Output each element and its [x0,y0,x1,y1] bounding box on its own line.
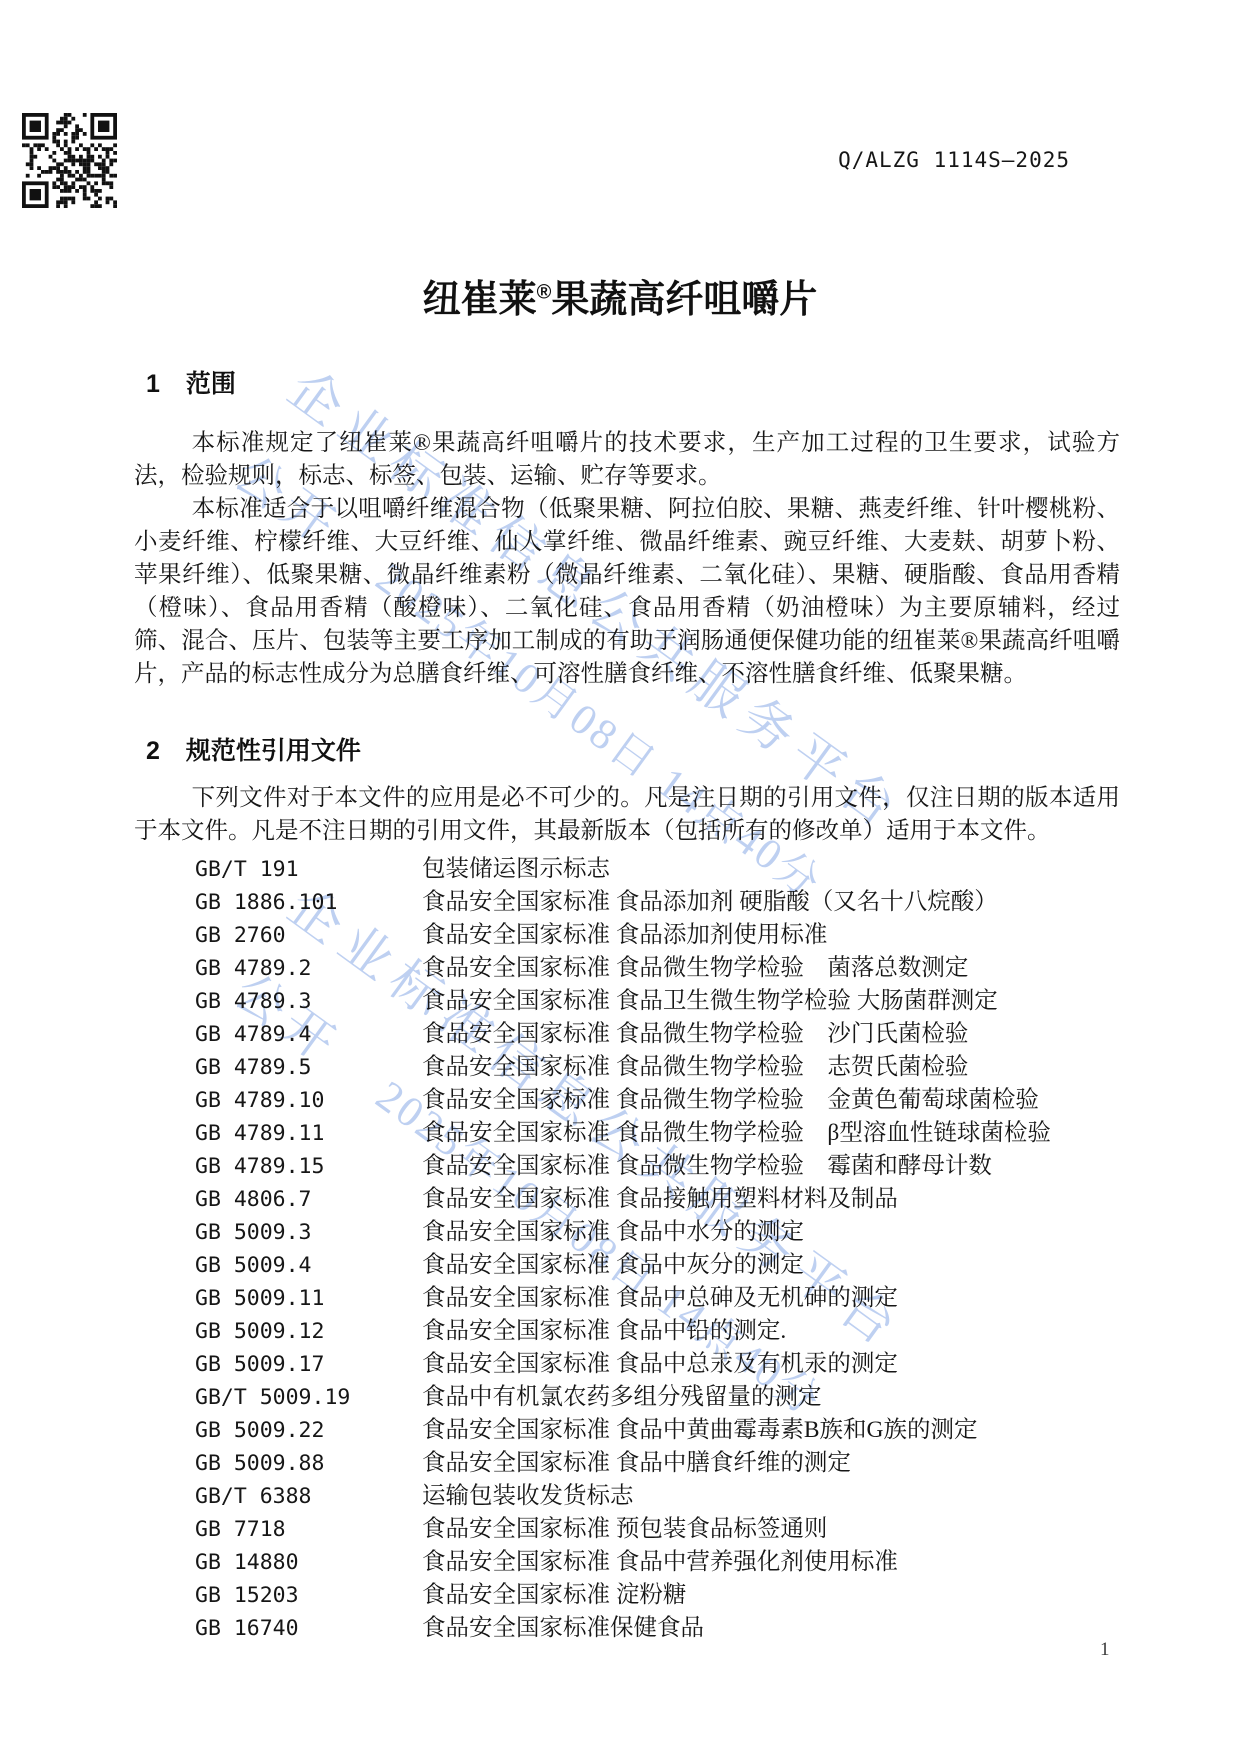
ref-title: 食品安全国家标准 食品中营养强化剂使用标准 [422,1542,1145,1576]
ref-title: 食品安全国家标准 食品中总汞及有机汞的测定 [422,1344,1145,1378]
section-number: 1 [146,370,160,399]
ref-code: GB 5009.12 [195,1319,422,1344]
table-row: GB 4789.11 食品安全国家标准 食品微生物学检验 β型溶血性链球菌检验 [195,1113,1145,1146]
ref-title: 食品安全国家标准 食品中黄曲霉毒素B族和G族的测定 [422,1410,1145,1444]
references-list: GB/T 191 包装储运图示标志 GB 1886.101 食品安全国家标准 食… [195,849,1145,1641]
table-row: GB 1886.101 食品安全国家标准 食品添加剂 硬脂酸（又名十八烷酸） [195,882,1145,915]
document-page: 企业标准信息公共服务平台 公开 2025年10月08日 14点40分 企业标准信… [0,0,1240,1753]
table-row: GB 5009.17 食品安全国家标准 食品中总汞及有机汞的测定 [195,1344,1145,1377]
table-row: GB 7718 食品安全国家标准 预包装食品标签通则 [195,1509,1145,1542]
section-2-heading: 2 规范性引用文件 [146,731,361,767]
table-row: GB 4789.15 食品安全国家标准 食品微生物学检验 霉菌和酵母计数 [195,1146,1145,1179]
table-row: GB 4789.3 食品安全国家标准 食品卫生微生物学检验 大肠菌群测定 [195,981,1145,1014]
ref-code: GB 7718 [195,1517,422,1542]
ref-title: 食品安全国家标准 食品中水分的测定 [422,1212,1145,1246]
doc-code: Q/ALZG 1114S—2025 [838,148,1070,172]
ref-title: 食品安全国家标准 食品微生物学检验 沙门氏菌检验 [422,1014,1145,1048]
ref-code: GB 5009.3 [195,1220,422,1245]
qr-code [22,113,117,208]
ref-code: GB 4789.4 [195,1022,422,1047]
section-1-heading: 1 范围 [146,364,236,400]
ref-code: GB 4806.7 [195,1187,422,1212]
table-row: GB 5009.22 食品安全国家标准 食品中黄曲霉毒素B族和G族的测定 [195,1410,1145,1443]
table-row: GB 5009.3 食品安全国家标准 食品中水分的测定 [195,1212,1145,1245]
section-number: 2 [146,737,160,766]
ref-code: GB 4789.11 [195,1121,422,1146]
ref-code: GB 16740 [195,1616,422,1641]
paragraph: 本标准规定了纽崔莱®果蔬高纤咀嚼片的技术要求，生产加工过程的卫生要求，试验方法，… [134,427,1120,493]
ref-code: GB/T 191 [195,857,422,882]
table-row: GB/T 6388 运输包装收发货标志 [195,1476,1145,1509]
table-row: GB 4806.7 食品安全国家标准 食品接触用塑料材料及制品 [195,1179,1145,1212]
table-row: GB 4789.5 食品安全国家标准 食品微生物学检验 志贺氏菌检验 [195,1047,1145,1080]
table-row: GB 5009.11 食品安全国家标准 食品中总砷及无机砷的测定 [195,1278,1145,1311]
table-row: GB/T 5009.19 食品中有机氯农药多组分残留量的测定 [195,1377,1145,1410]
ref-title: 食品安全国家标准 食品中灰分的测定 [422,1245,1145,1279]
ref-title: 运输包装收发货标志 [422,1476,1145,1510]
ref-title: 食品安全国家标准保健食品 [422,1608,1145,1642]
table-row: GB 2760 食品安全国家标准 食品添加剂使用标准 [195,915,1145,948]
ref-code: GB 5009.4 [195,1253,422,1278]
ref-code: GB 5009.22 [195,1418,422,1443]
table-row: GB 5009.88 食品安全国家标准 食品中膳食纤维的测定 [195,1443,1145,1476]
ref-code: GB 5009.88 [195,1451,422,1476]
ref-title: 食品安全国家标准 食品微生物学检验 菌落总数测定 [422,948,1145,982]
ref-title: 食品安全国家标准 食品微生物学检验 金黄色葡萄球菌检验 [422,1080,1145,1114]
ref-title: 食品中有机氯农药多组分残留量的测定 [422,1377,1145,1411]
paragraph: 本标准适合于以咀嚼纤维混合物（低聚果糖、阿拉伯胶、果糖、燕麦纤维、针叶樱桃粉、小… [134,493,1120,691]
ref-title: 食品安全国家标准 食品卫生微生物学检验 大肠菌群测定 [422,981,1145,1015]
table-row: GB 16740 食品安全国家标准保健食品 [195,1608,1145,1641]
ref-code: GB 4789.2 [195,956,422,981]
ref-title: 包装储运图示标志 [422,849,1145,883]
page-number: 1 [1100,1639,1110,1661]
paragraph: 下列文件对于本文件的应用是必不可少的。凡是注日期的引用文件，仅注日期的版本适用于… [134,782,1120,848]
ref-code: GB 4789.3 [195,989,422,1014]
ref-title: 食品安全国家标准 食品中总砷及无机砷的测定 [422,1278,1145,1312]
ref-code: GB 4789.10 [195,1088,422,1113]
ref-title: 食品安全国家标准 食品中膳食纤维的测定 [422,1443,1145,1477]
ref-title: 食品安全国家标准 食品微生物学检验 志贺氏菌检验 [422,1047,1145,1081]
registered-trademark-symbol: ® [537,281,552,303]
ref-title: 食品安全国家标准 食品添加剂 硬脂酸（又名十八烷酸） [422,882,1145,916]
table-row: GB 4789.4 食品安全国家标准 食品微生物学检验 沙门氏菌检验 [195,1014,1145,1047]
table-row: GB 4789.10 食品安全国家标准 食品微生物学检验 金黄色葡萄球菌检验 [195,1080,1145,1113]
section-title: 范围 [186,364,236,400]
title-brand: 纽崔莱 [423,279,537,321]
table-row: GB 14880 食品安全国家标准 食品中营养强化剂使用标准 [195,1542,1145,1575]
ref-code: GB 5009.11 [195,1286,422,1311]
ref-code: GB 14880 [195,1550,422,1575]
ref-code: GB 2760 [195,923,422,948]
ref-code: GB 4789.15 [195,1154,422,1179]
ref-title: 食品安全国家标准 食品添加剂使用标准 [422,915,1145,949]
ref-code: GB 1886.101 [195,890,422,915]
table-row: GB 5009.12 食品安全国家标准 食品中铅的测定. [195,1311,1145,1344]
table-row: GB 5009.4 食品安全国家标准 食品中灰分的测定 [195,1245,1145,1278]
section-2-body: 下列文件对于本文件的应用是必不可少的。凡是注日期的引用文件，仅注日期的版本适用于… [134,782,1120,848]
ref-code: GB 15203 [195,1583,422,1608]
section-title: 规范性引用文件 [186,731,361,767]
ref-title: 食品安全国家标准 食品接触用塑料材料及制品 [422,1179,1145,1213]
ref-code: GB/T 6388 [195,1484,422,1509]
ref-code: GB 4789.5 [195,1055,422,1080]
ref-title: 食品安全国家标准 预包装食品标签通则 [422,1509,1145,1543]
ref-title: 食品安全国家标准 食品微生物学检验 霉菌和酵母计数 [422,1146,1145,1180]
ref-code: GB/T 5009.19 [195,1385,422,1410]
title-product: 果蔬高纤咀嚼片 [551,279,817,321]
ref-title: 食品安全国家标准 食品微生物学检验 β型溶血性链球菌检验 [422,1113,1145,1147]
table-row: GB 4789.2 食品安全国家标准 食品微生物学检验 菌落总数测定 [195,948,1145,981]
table-row: GB 15203 食品安全国家标准 淀粉糖 [195,1575,1145,1608]
section-1-body: 本标准规定了纽崔莱®果蔬高纤咀嚼片的技术要求，生产加工过程的卫生要求，试验方法，… [134,427,1120,691]
table-row: GB/T 191 包装储运图示标志 [195,849,1145,882]
ref-title: 食品安全国家标准 食品中铅的测定. [422,1311,1145,1345]
ref-code: GB 5009.17 [195,1352,422,1377]
page-title: 纽崔莱®果蔬高纤咀嚼片 [0,268,1240,323]
ref-title: 食品安全国家标准 淀粉糖 [422,1575,1145,1609]
